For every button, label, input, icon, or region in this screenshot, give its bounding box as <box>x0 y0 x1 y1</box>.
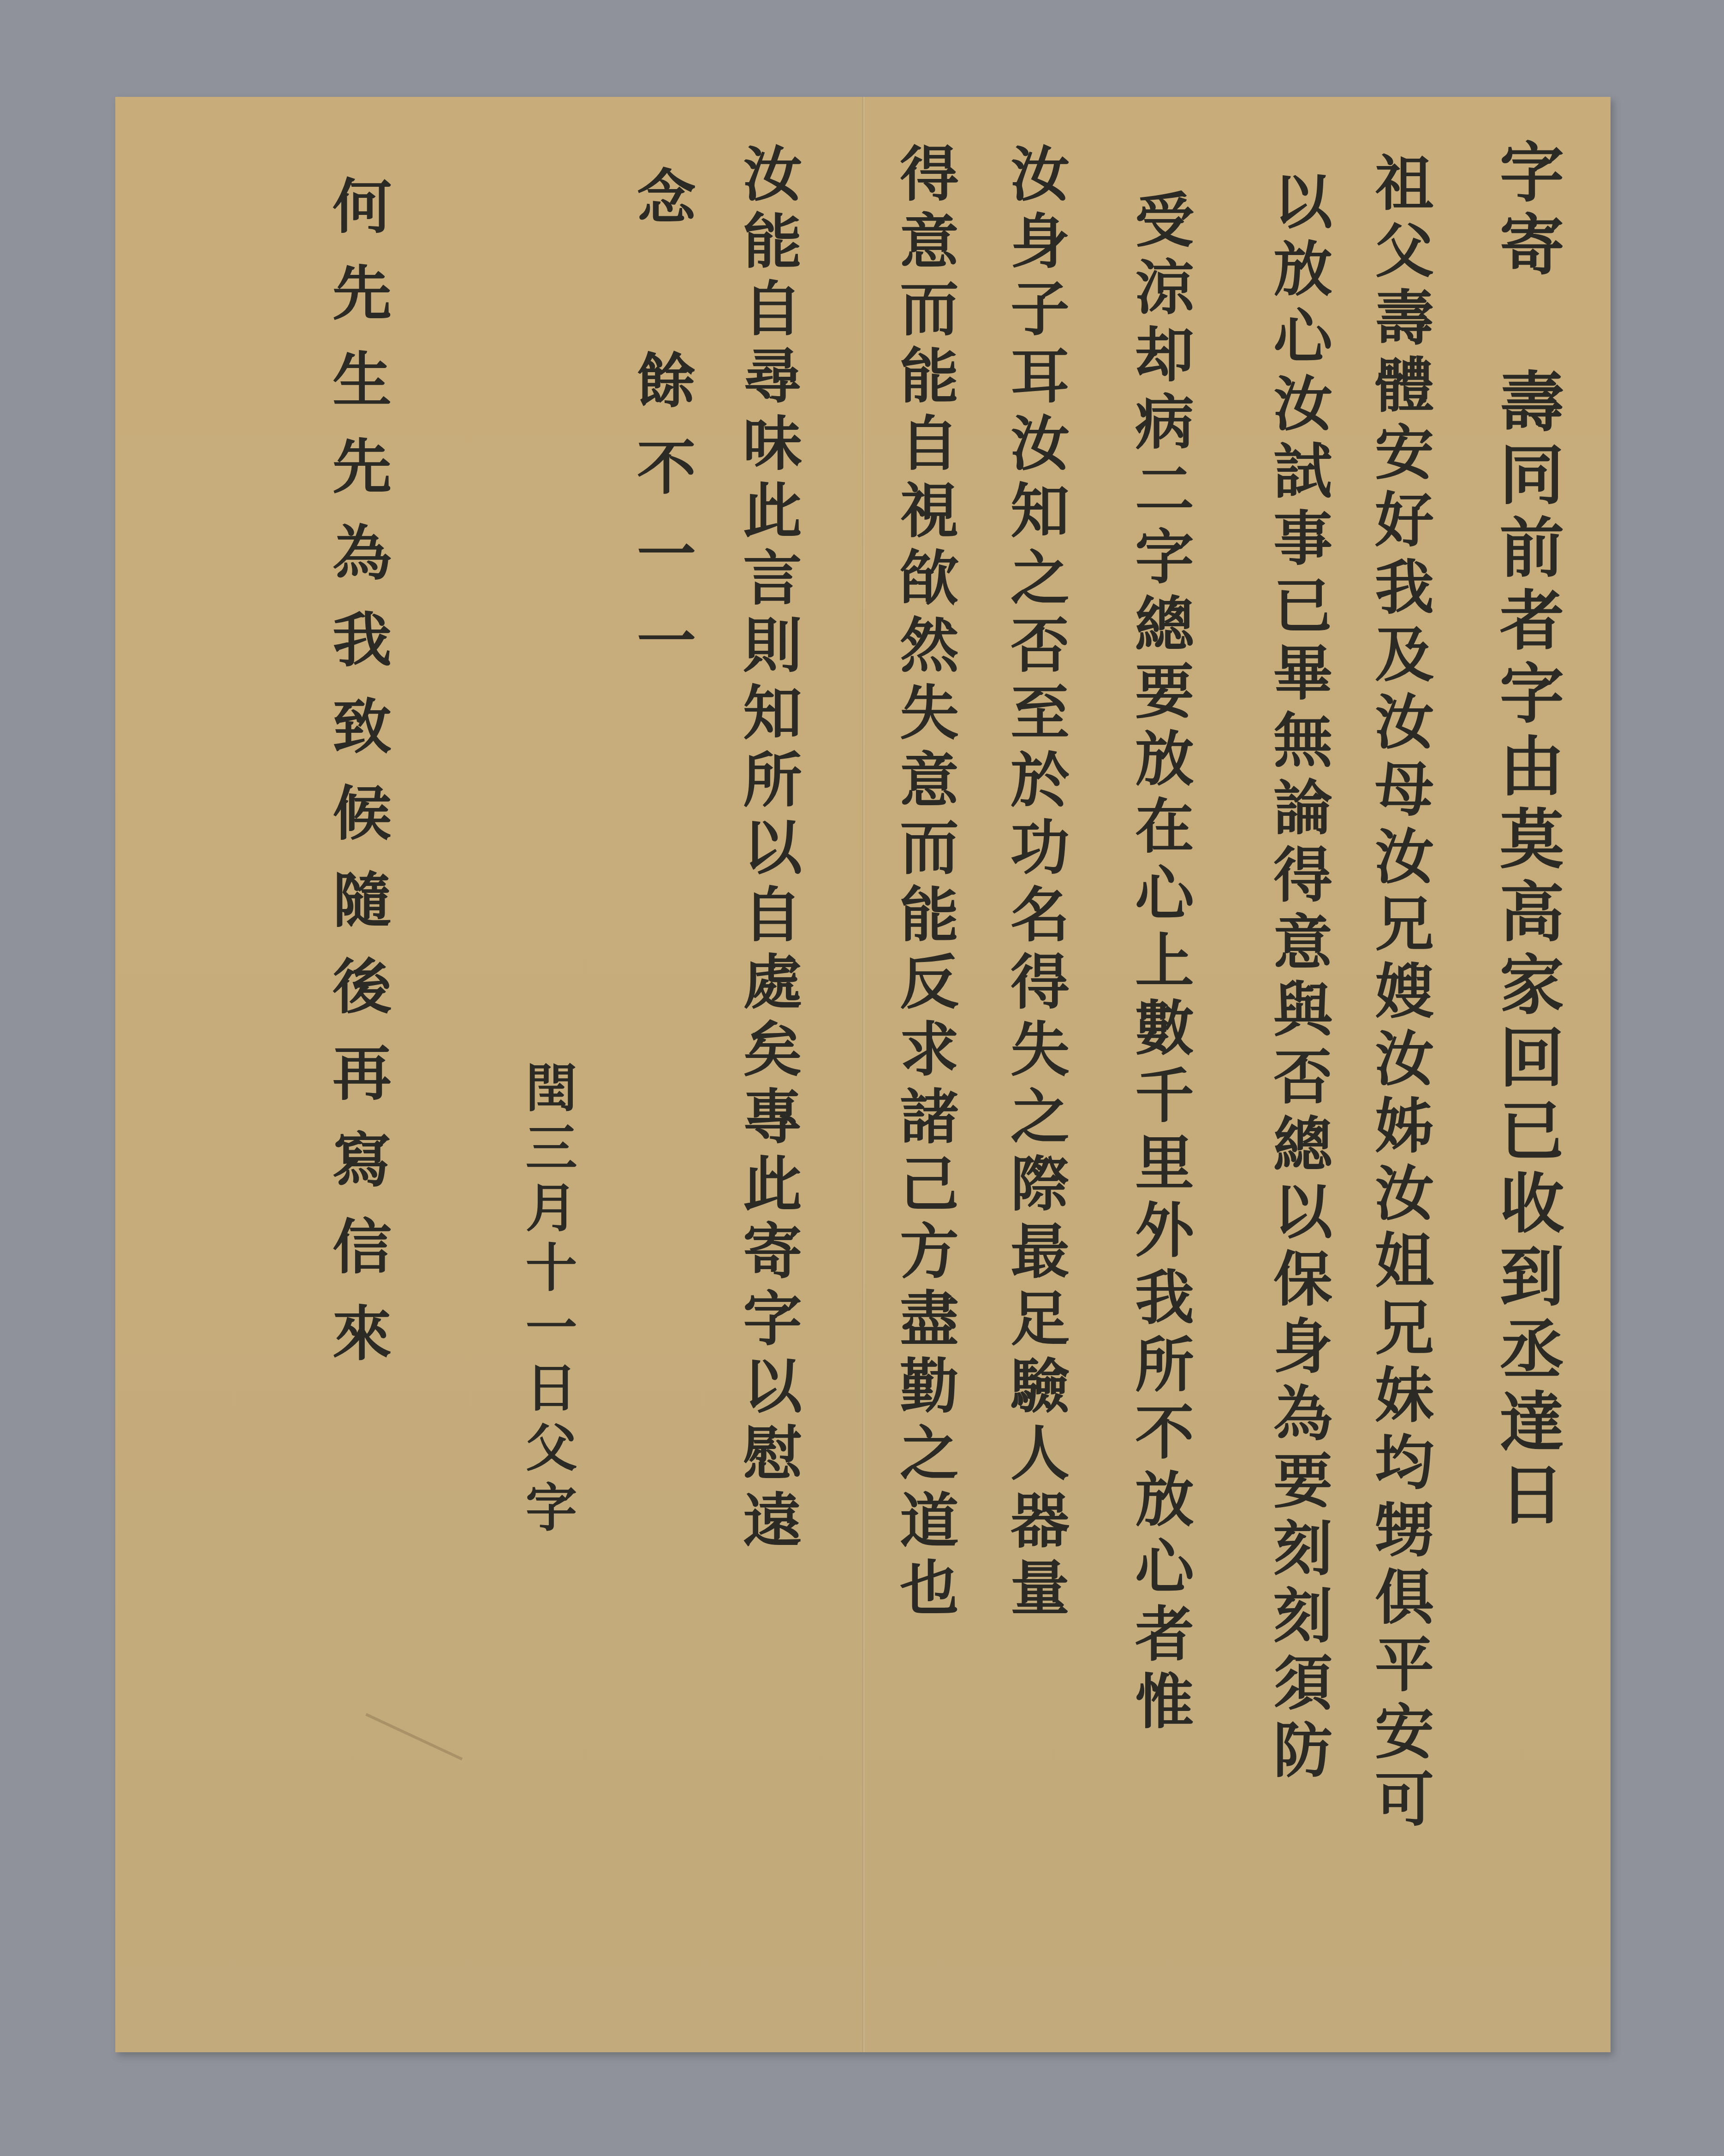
letter-column-5: 汝身子耳汝知之否至於功名得失之際最足驗人器量 <box>1005 143 1064 1624</box>
letter-column-4: 受涼却病二字總要放在心上數千里外我所不放心者惟 <box>1130 189 1189 1738</box>
letter-column-8: 念 餘不一一 <box>632 166 691 696</box>
letter-column-1: 字寄 壽同前者字由莫高家回已收到丞達日 <box>1494 138 1559 1534</box>
letter-column-3: 以放心汝試事已畢無論得意與否總以保身為要刻刻須防 <box>1268 171 1327 1787</box>
letter-column-6: 得意而能自視欿然失意而能反求諸己方盡勤之道也 <box>895 143 954 1624</box>
letter-paper: 字寄 壽同前者字由莫高家回已收到丞達日 祖父壽體安好我及汝母汝兄嫂汝姊汝姐兄妹均… <box>115 97 1611 2052</box>
postscript-column: 何先生先為我致候隨後再寫信來 <box>327 175 386 1389</box>
paper-stain <box>354 1713 463 1785</box>
fold-line <box>862 97 864 2052</box>
letter-column-7: 汝能自尋味此言則知所以自處矣專此寄字以慰遠 <box>738 143 797 1557</box>
letter-column-2: 祖父壽體安好我及汝母汝兄嫂汝姊汝姐兄妹均甥俱平安可 <box>1370 152 1429 1835</box>
date-signature: 閏三月十一日父字 <box>521 1061 573 1540</box>
